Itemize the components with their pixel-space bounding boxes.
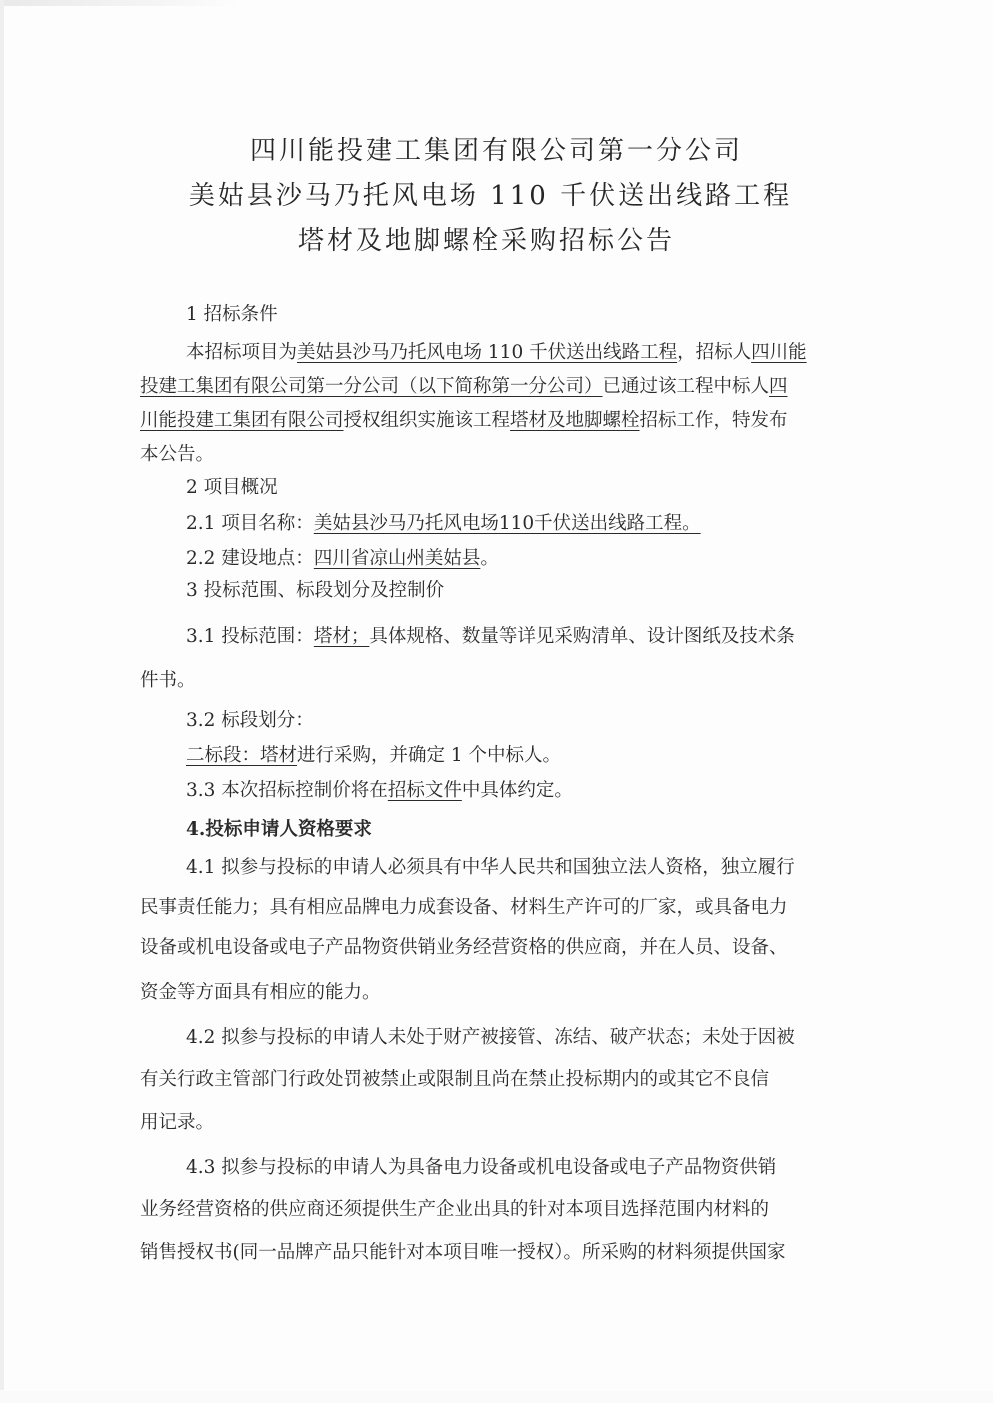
section-1-para-line-4: 本公告。 xyxy=(140,440,214,466)
text: ，招标人 xyxy=(677,342,751,363)
project-name-value: 美姑县沙马乃托风电场110千伏送出线路工程。 xyxy=(314,513,701,534)
text: 授权组织实施该工程 xyxy=(344,410,511,431)
item-2-2: 2.2 建设地点：四川省凉山州美姑县。 xyxy=(186,544,499,570)
section-1-para-line-2: 投建工集团有限公司第一分公司（以下简称第一分公司）已通过该工程中标人四 xyxy=(140,372,788,398)
section-4-heading: 4.投标申请人资格要求 xyxy=(186,815,372,841)
item-4-1-line-3: 设备或机电设备或电子产品物资供销业务经营资格的供应商，并在人员、设备、 xyxy=(140,933,788,959)
item-3-1: 3.1 投标范围：塔材；具体规格、数量等详见采购清单、设计图纸及技术条 xyxy=(186,622,795,648)
item-4-2-line-2: 有关行政主管部门行政处罚被禁止或限制且尚在禁止投标期内的或其它不良信 xyxy=(140,1065,769,1091)
item-4-3-line-1: 4.3 拟参与投标的申请人为具备电力设备或机电设备或电子产品物资供销 xyxy=(186,1153,776,1179)
lot-division: 二标段：塔材进行采购，并确定 1 个中标人。 xyxy=(186,741,561,767)
text: 本招标项目为 xyxy=(186,342,297,363)
item-4-2-line-1: 4.2 拟参与投标的申请人未处于财产被接管、冻结、破产状态；未处于因被 xyxy=(186,1023,795,1049)
item-3-3: 3.3 本次招标控制价将在招标文件中具体约定。 xyxy=(186,776,573,802)
label: 2.1 项目名称： xyxy=(186,513,314,534)
tender-docs-underlined: 招标文件 xyxy=(388,780,462,801)
section-1-para-line-3: 川能投建工集团有限公司授权组织实施该工程塔材及地脚螺栓招标工作，特发布 xyxy=(140,406,788,432)
title-line-1: 四川能投建工集团有限公司第一分公司 xyxy=(0,130,993,167)
item-2-1: 2.1 项目名称：美姑县沙马乃托风电场110千伏送出线路工程。 xyxy=(186,509,701,535)
text: 进行采购，并确定 1 个中标人。 xyxy=(297,745,561,766)
text: 。 xyxy=(480,548,499,569)
text: 招标工作，特发布 xyxy=(640,410,788,431)
item-4-1-line-1: 4.1 拟参与投标的申请人必须具有中华人民共和国独立法人资格，独立履行 xyxy=(186,853,795,879)
tenderer-underlined: 四川能 xyxy=(751,342,807,363)
item-3-2: 3.2 标段划分： xyxy=(186,706,314,732)
text: 中具体约定。 xyxy=(462,780,573,801)
text: 已通过该工程中标人 xyxy=(603,376,770,397)
lot-value: 二标段：塔材 xyxy=(186,745,297,766)
section-1-para-line-1: 本招标项目为美姑县沙马乃托风电场 110 千伏送出线路工程，招标人四川能 xyxy=(186,338,807,364)
label: 2.2 建设地点： xyxy=(186,548,314,569)
scan-artifact xyxy=(0,0,240,6)
item-4-1-line-2: 民事责任能力；具有相应品牌电力成套设备、材料生产许可的厂家，或具备电力 xyxy=(140,893,788,919)
item-4-2-line-3: 用记录。 xyxy=(140,1108,214,1134)
scope-value: 塔材； xyxy=(314,626,370,647)
section-1-heading: 1 招标条件 xyxy=(186,300,278,326)
section-3-heading: 3 投标范围、标段划分及控制价 xyxy=(186,576,444,602)
item-4-3-line-2: 业务经营资格的供应商还须提供生产企业出具的针对本项目选择范围内材料的 xyxy=(140,1195,769,1221)
project-name-underlined: 美姑县沙马乃托风电场 110 千伏送出线路工程 xyxy=(297,342,677,363)
scope-underlined: 塔材及地脚螺栓 xyxy=(510,410,640,431)
tenderer-underlined: 投建工集团有限公司第一分公司（以下简称第一分公司） xyxy=(140,376,603,397)
label: 3.1 投标范围： xyxy=(186,626,314,647)
location-value: 四川省凉山州美姑县 xyxy=(314,548,481,569)
winning-bidder-underlined: 川能投建工集团有限公司 xyxy=(140,410,344,431)
document-page: 四川能投建工集团有限公司第一分公司 美姑县沙马乃托风电场 110 千伏送出线路工… xyxy=(0,0,993,1403)
winning-bidder-underlined: 四 xyxy=(769,376,788,397)
title-line-3: 塔材及地脚螺栓采购招标公告 xyxy=(0,220,983,257)
text: 具体规格、数量等详见采购清单、设计图纸及技术条 xyxy=(369,626,795,647)
item-4-3-line-3: 销售授权书(同一品牌产品只能针对本项目唯一授权）。所采购的材料须提供国家 xyxy=(140,1238,785,1264)
text: 3.3 本次招标控制价将在 xyxy=(186,780,388,801)
item-4-1-line-4: 资金等方面具有相应的能力。 xyxy=(140,978,381,1004)
item-3-1-cont: 件书。 xyxy=(140,666,196,692)
scan-artifact xyxy=(0,1391,993,1403)
section-2-heading: 2 项目概况 xyxy=(186,473,278,499)
title-line-2: 美姑县沙马乃托风电场 110 千伏送出线路工程 xyxy=(0,175,987,212)
